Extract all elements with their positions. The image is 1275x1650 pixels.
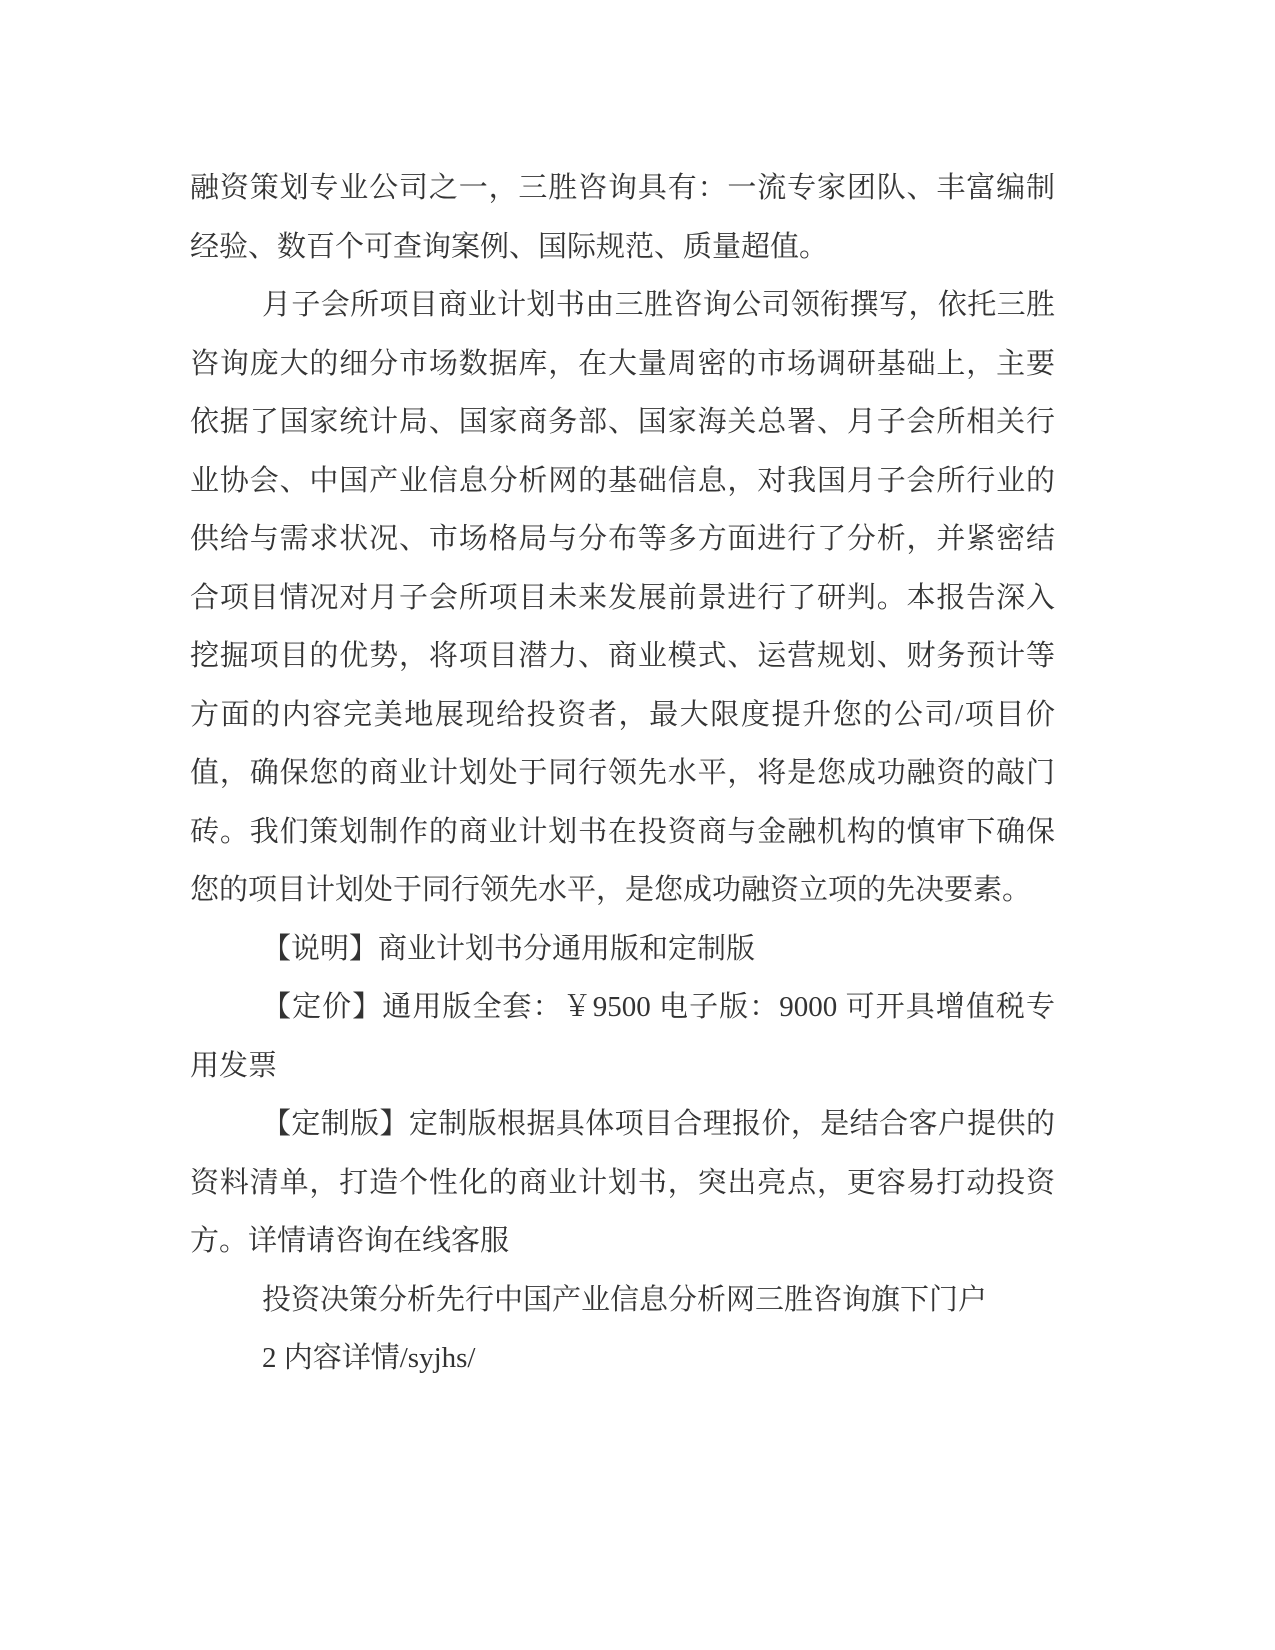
paragraph-custom-version: 【定制版】定制版根据具体项目合理报价，是结合客户提供的资料清单，打造个性化的商业… <box>190 1095 1055 1271</box>
paragraph-note-versions: 【说明】商业计划书分通用版和定制版 <box>190 920 1055 979</box>
paragraph-intro-continuation: 融资策划专业公司之一，三胜咨询具有：一流专家团队、丰富编制经验、数百个可查询案例… <box>190 159 1055 276</box>
paragraph-pricing: 【定价】通用版全套：￥9500 电子版：9000 可开具增值税专用发票 <box>190 978 1055 1095</box>
paragraph-portal-tagline: 投资决策分析先行中国产业信息分析网三胜咨询旗下门户 <box>190 1271 1055 1330</box>
paragraph-page-footer-detail: 2 内容详情/syjhs/ <box>190 1329 1055 1388</box>
paragraph-project-description: 月子会所项目商业计划书由三胜咨询公司领衔撰写，依托三胜咨询庞大的细分市场数据库，… <box>190 276 1055 920</box>
document-body: 融资策划专业公司之一，三胜咨询具有：一流专家团队、丰富编制经验、数百个可查询案例… <box>190 159 1055 1388</box>
document-page: 融资策划专业公司之一，三胜咨询具有：一流专家团队、丰富编制经验、数百个可查询案例… <box>0 0 1275 1650</box>
